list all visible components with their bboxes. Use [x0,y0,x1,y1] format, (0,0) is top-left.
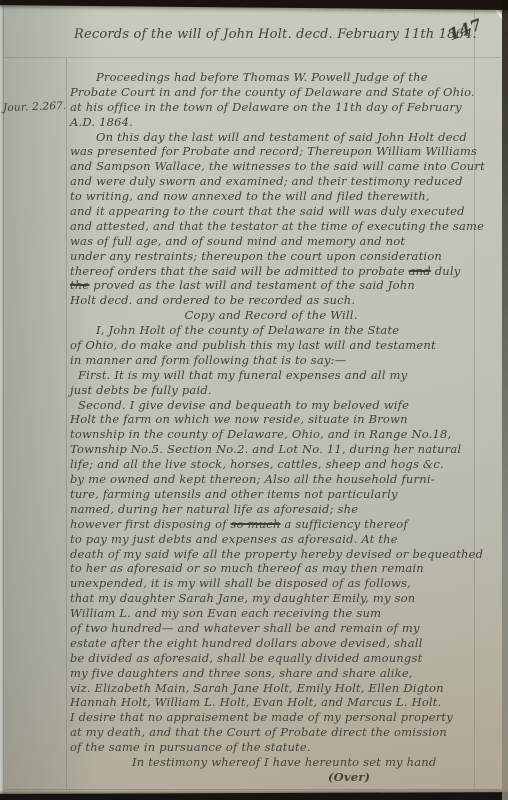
handwritten-line: estate after the eight hundred dollars a… [70,636,472,651]
record-title: Records of the will of John Holt. decd. … [74,27,460,42]
handwritten-line: ture, farming utensils and other items n… [70,487,472,502]
handwritten-line: the proved as the last will and testamen… [70,278,472,293]
ledger-page: 147 Records of the will of John Holt. de… [0,0,508,800]
handwritten-line: of Ohio, do make and publish this my las… [70,338,472,353]
handwritten-line: I desire that no appraisement be made of… [70,710,472,725]
handwritten-line: under any restraints; thereupon the cour… [70,249,472,264]
handwritten-line: be divided as aforesaid, shall be equall… [70,651,472,666]
journal-reference: Jour. 2.267. [3,100,67,114]
handwritten-line: In testimony whereof I have hereunto set… [70,755,472,770]
book-edge-bottom [0,792,508,800]
handwritten-line: my five daughters and three sons, share … [70,666,472,681]
handwritten-line: A.D. 1864. [70,115,472,130]
handwritten-line: Township No.5. Section No.2. and Lot No.… [70,442,472,457]
handwritten-line: township in the county of Delaware, Ohio… [70,427,472,442]
handwritten-line: in manner and form following that is to … [70,353,472,368]
handwritten-line: Proceedings had before Thomas W. Powell … [70,70,472,85]
handwritten-line: and it appearing to the court that the s… [70,204,472,219]
handwritten-line: however first disposing of so much a suf… [70,517,472,532]
handwritten-line: William L. and my son Evan each receivin… [70,606,472,621]
header-rule [4,57,500,58]
handwritten-line: Hannah Holt, William L. Holt, Evan Holt,… [70,695,472,710]
handwritten-line: viz. Elizabeth Main, Sarah Jane Holt, Em… [70,681,472,696]
handwritten-line: death of my said wife all the property h… [70,547,472,562]
handwritten-line: Copy and Record of the Will. [70,308,472,323]
scanned-page-photo: 147 Records of the will of John Holt. de… [0,0,508,800]
handwritten-line: at his office in the town of Delaware on… [70,100,472,115]
handwritten-line: Second. I give devise and bequeath to my… [70,398,472,413]
handwritten-line: to writing, and now annexed to the will … [70,189,472,204]
handwritten-line: Holt decd. and ordered to be recorded as… [70,293,472,308]
handwritten-line: was presented for Probate and record; Th… [70,144,472,159]
handwritten-line: and attested, and that the testator at t… [70,219,472,234]
handwritten-line: of two hundred— and whatever shall be an… [70,621,472,636]
handwritten-line: Probate Court in and for the county of D… [70,85,472,100]
handwritten-line: and Sampson Wallace, the witnesses to th… [70,159,472,174]
handwritten-line: and were duly sworn and examined; and th… [70,174,472,189]
handwritten-line: On this day the last will and testament … [70,130,472,145]
handwritten-line: just debts be fully paid. [70,383,472,398]
handwritten-line: life; and all the live stock, horses, ca… [70,457,472,472]
margin-rule-right [474,0,475,790]
handwritten-line: named, during her natural life as afores… [70,502,472,517]
margin-rule-left [66,58,67,790]
handwritten-line: First. It is my will that my funeral exp… [70,368,472,383]
handwritten-line: (Over) [70,770,472,785]
handwritten-line: was of full age, and of sound mind and m… [70,234,472,249]
page-left-edge [0,0,4,800]
handwritten-line: thereof orders that the said will be adm… [70,264,472,279]
book-edge-right [502,0,508,800]
handwritten-line: unexpended, it is my will shall be dispo… [70,576,472,591]
record-body: Proceedings had before Thomas W. Powell … [70,70,472,785]
handwritten-line: by me owned and kept thereon; Also all t… [70,472,472,487]
handwritten-line: of the same in pursuance of the statute. [70,740,472,755]
handwritten-line: to pay my just debts and expenses as afo… [70,532,472,547]
handwritten-line: to her as aforesaid or so much thereof a… [70,561,472,576]
handwritten-line: at my death, and that the Court of Proba… [70,725,472,740]
handwritten-line: that my daughter Sarah Jane, my daughter… [70,591,472,606]
handwritten-line: I, John Holt of the county of Delaware i… [70,323,472,338]
handwritten-line: Holt the farm on which we now reside, si… [70,412,472,427]
footer-rule [4,789,500,790]
